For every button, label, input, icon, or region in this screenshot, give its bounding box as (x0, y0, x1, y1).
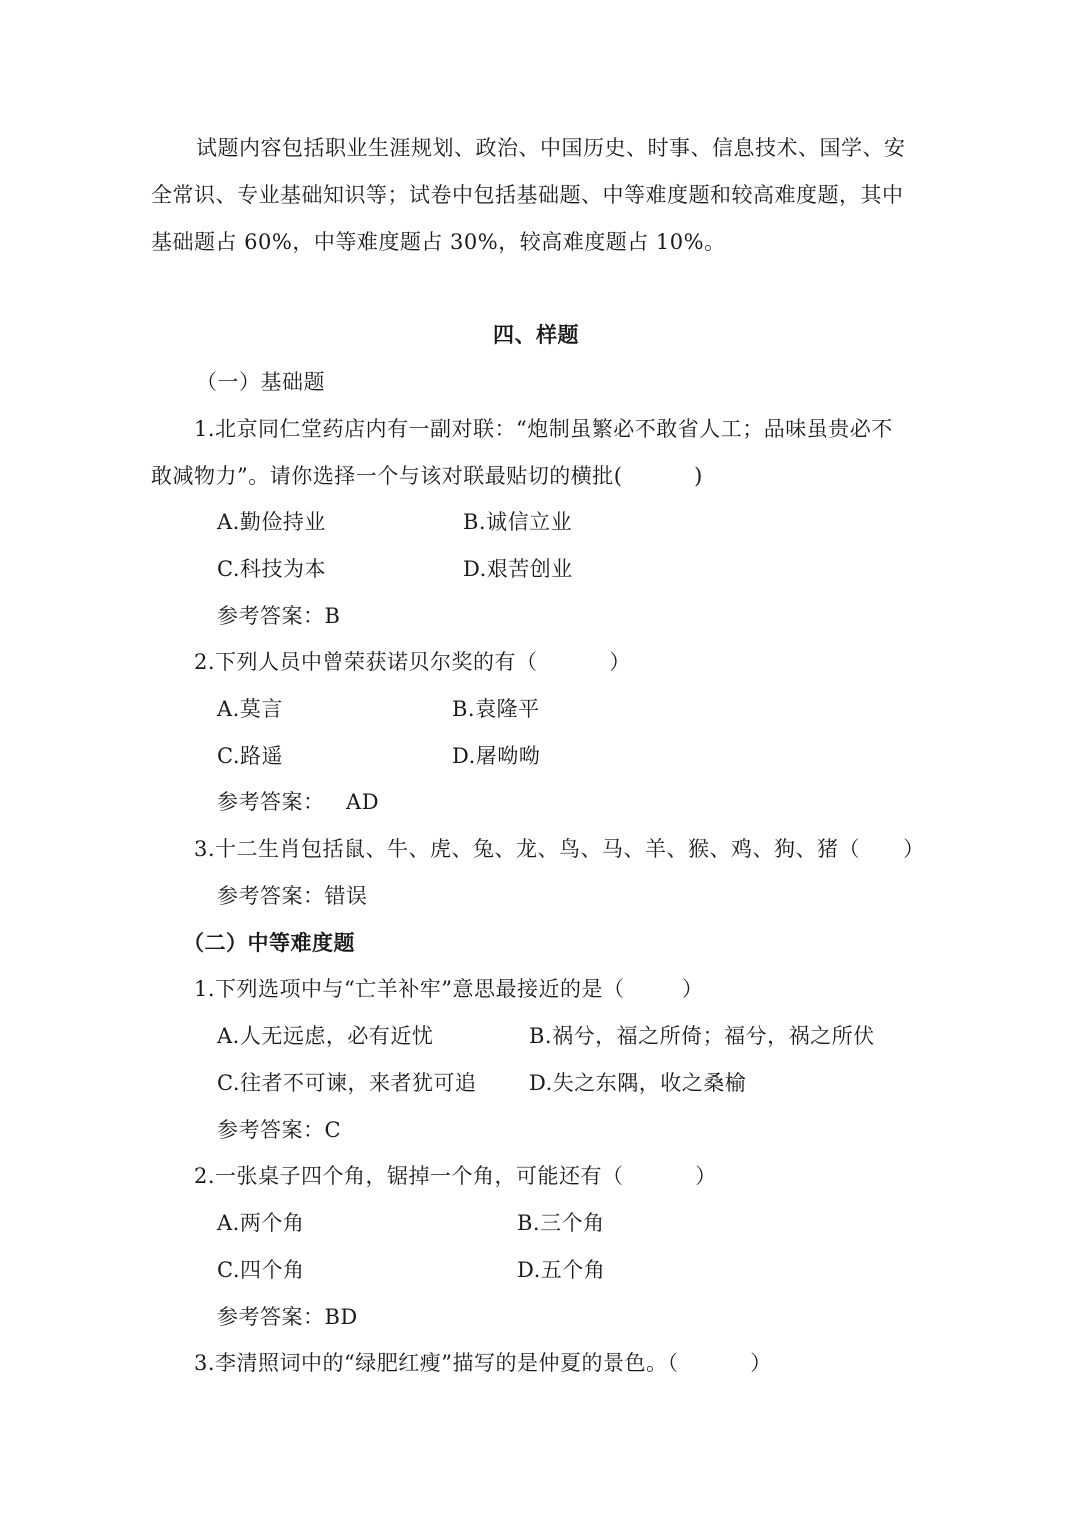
basic-q2-text: 2.下列人员中曾荣获诺贝尔奖的有（ ） (194, 648, 631, 676)
basic-q2-option-c: C.路遥 (217, 742, 283, 770)
intro-line-1: 试题内容包括职业生涯规划、政治、中国历史、时事、信息技术、国学、安 (196, 134, 906, 162)
medium-q2-option-d: D.五个角 (517, 1256, 605, 1284)
basic-q3-text: 3.十二生肖包括鼠、牛、虎、兔、龙、鸟、马、羊、猴、鸡、狗、猪（ ） (194, 835, 925, 863)
basic-q1-option-b: B.诚信立业 (463, 508, 572, 536)
basic-q1-answer: 参考答案：B (217, 602, 340, 630)
intro-line-3: 基础题占 60%，中等难度题占 30%，较高难度题占 10%。 (151, 228, 726, 256)
basic-q2-option-a: A.莫言 (217, 695, 283, 723)
medium-q1-option-a: A.人无远虑，必有近忧 (217, 1022, 433, 1050)
section-title: 四、样题 (493, 321, 579, 349)
medium-q1-option-b: B.祸兮，福之所倚；福兮，祸之所伏 (529, 1022, 875, 1050)
basic-q1-line-1: 1.北京同仁堂药店内有一副对联：“炮制虽繁必不敢省人工；品味虽贵必不 (194, 415, 893, 443)
basic-q1-line-2: 敢减物力”。请你选择一个与该对联最贴切的横批( ) (151, 462, 703, 490)
medium-q1-option-d: D.失之东隅，收之桑榆 (529, 1069, 746, 1097)
basic-q1-option-c: C.科技为本 (217, 555, 326, 583)
basic-q1-option-a: A.勤俭持业 (217, 508, 326, 536)
medium-q2-option-c: C.四个角 (217, 1256, 305, 1284)
medium-section-title: （二）中等难度题 (183, 929, 355, 957)
medium-q1-text: 1.下列选项中与“亡羊补牢”意思最接近的是（ ） (194, 975, 703, 1003)
basic-q2-answer: 参考答案： AD (217, 788, 379, 816)
basic-q3-answer: 参考答案：错误 (217, 882, 368, 910)
medium-q2-answer: 参考答案：BD (217, 1303, 358, 1331)
intro-line-2: 全常识、专业基础知识等；试卷中包括基础题、中等难度题和较高难度题，其中 (151, 181, 904, 209)
medium-q3-text: 3.李清照词中的“绿肥红瘦”描写的是仲夏的景色。（ ） (194, 1349, 772, 1377)
medium-q2-option-a: A.两个角 (217, 1209, 304, 1237)
basic-q2-option-b: B.袁隆平 (452, 695, 540, 723)
basic-q2-option-d: D.屠呦呦 (452, 742, 540, 770)
medium-q1-answer: 参考答案：C (217, 1116, 341, 1144)
basic-q1-option-d: D.艰苦创业 (463, 555, 573, 583)
medium-q2-text: 2.一张桌子四个角，锯掉一个角，可能还有（ ） (194, 1162, 717, 1190)
medium-q1-option-c: C.往者不可谏，来者犹可追 (217, 1069, 477, 1097)
basic-section-title: （一）基础题 (196, 368, 325, 396)
medium-q2-option-b: B.三个角 (517, 1209, 605, 1237)
